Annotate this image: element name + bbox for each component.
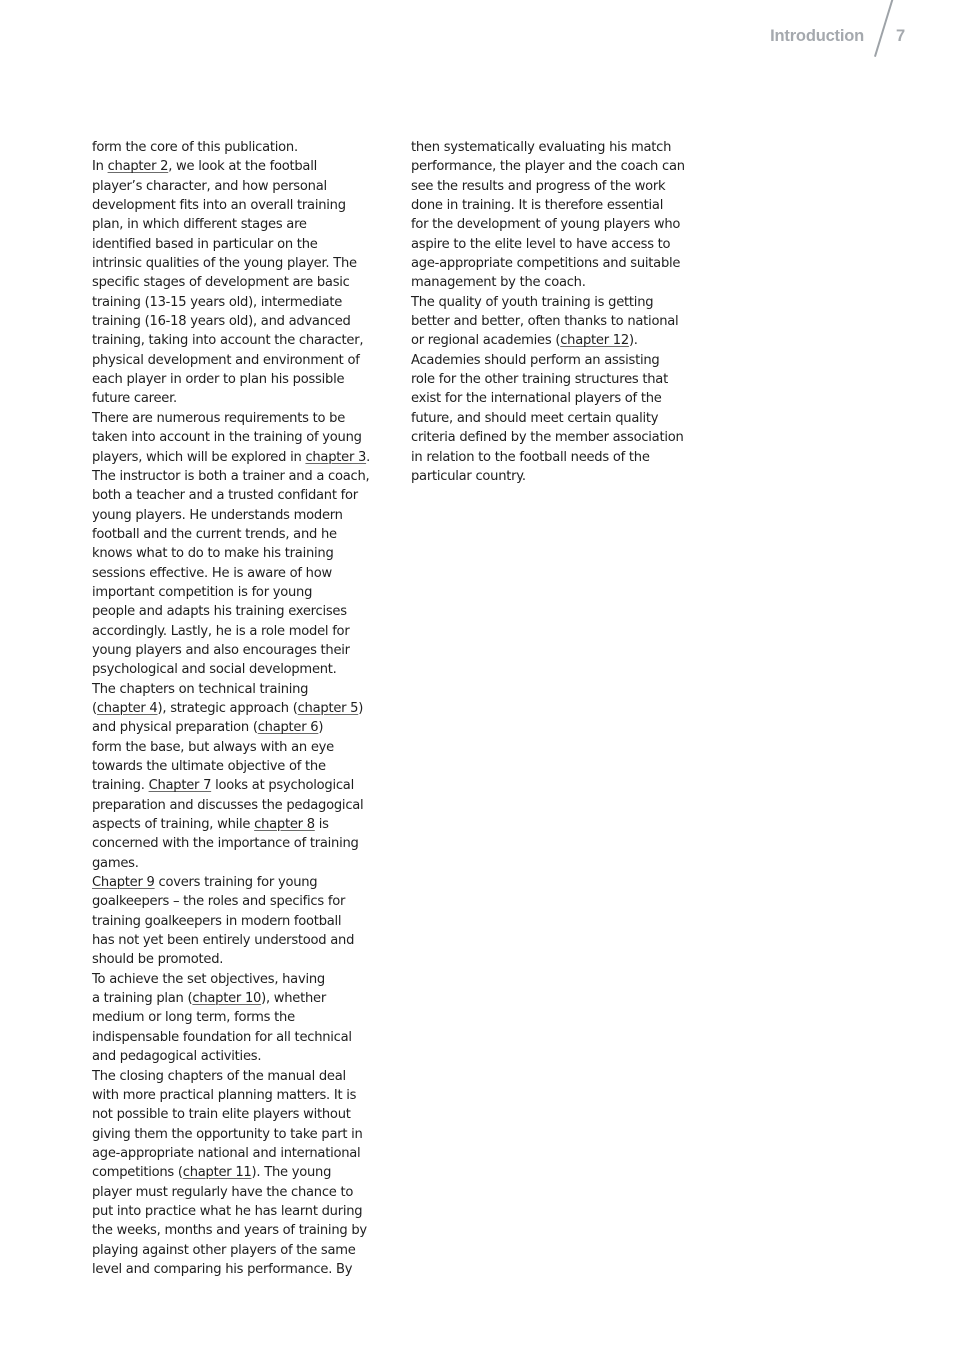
text-run: form the core of this publication. (92, 140, 298, 155)
right-text-column: then systematically evaluating his match… (411, 138, 711, 486)
text-line: and pedagogical activities. (92, 1047, 392, 1066)
text-line: football and the current trends, and he (92, 525, 392, 544)
text-line: competitions (chapter 11). The young (92, 1163, 392, 1182)
text-line: role for the other training structures t… (411, 370, 711, 389)
text-run: competitions ( (92, 1165, 183, 1180)
text-run: The quality of youth training is getting (411, 295, 653, 310)
text-line: There are numerous requirements to be (92, 409, 392, 428)
text-line: giving them the opportunity to take part… (92, 1125, 392, 1144)
text-run: football and the current trends, and he (92, 527, 337, 542)
text-line: preparation and discusses the pedagogica… (92, 796, 392, 815)
text-run: Academies should perform an assisting (411, 353, 659, 368)
chapter-link[interactable]: chapter 2 (108, 159, 169, 174)
text-run: role for the other training structures t… (411, 372, 668, 387)
text-line: then systematically evaluating his match (411, 138, 711, 157)
text-run: the weeks, months and years of training … (92, 1223, 367, 1238)
text-run: for the development of young players who (411, 217, 680, 232)
text-line: done in training. It is therefore essent… (411, 196, 711, 215)
text-line: sessions effective. He is aware of how (92, 564, 392, 583)
text-line: future, and should meet certain quality (411, 409, 711, 428)
text-run: and physical preparation ( (92, 720, 258, 735)
text-run: criteria defined by the member associati… (411, 430, 684, 445)
text-line: management by the coach. (411, 273, 711, 292)
text-run: ) (358, 701, 363, 716)
text-run: concerned with the importance of trainin… (92, 836, 359, 851)
text-run: player’s character, and how personal (92, 179, 327, 194)
text-run: playing against other players of the sam… (92, 1243, 356, 1258)
text-line: games. (92, 854, 392, 873)
text-run: In (92, 159, 108, 174)
chapter-link[interactable]: chapter 8 (254, 817, 315, 832)
text-line: players, which will be explored in chapt… (92, 448, 392, 467)
text-line: important competition is for young (92, 583, 392, 602)
text-run: identified based in particular on the (92, 237, 318, 252)
text-run: young players. He understands modern (92, 508, 343, 523)
text-line: player’s character, and how personal (92, 177, 392, 196)
text-run: particular country. (411, 469, 526, 484)
text-line: form the core of this publication. (92, 138, 392, 157)
text-line: specific stages of development are basic (92, 273, 392, 292)
text-run: a training plan ( (92, 991, 192, 1006)
text-line: age-appropriate national and internation… (92, 1144, 392, 1163)
text-run: accordingly. Lastly, he is a role model … (92, 624, 349, 639)
text-run: future, and should meet certain quality (411, 411, 658, 426)
text-run: aspects of training, while (92, 817, 254, 832)
text-line: and physical preparation (chapter 6) (92, 718, 392, 737)
text-run: training. (92, 778, 149, 793)
text-run: ), strategic approach ( (158, 701, 298, 716)
text-run: level and comparing his performance. By (92, 1262, 352, 1277)
text-run: in relation to the football needs of the (411, 450, 650, 465)
text-run: age-appropriate competitions and suitabl… (411, 256, 680, 271)
text-run: . (366, 450, 370, 465)
text-run: psychological and social development. (92, 662, 337, 677)
text-run: exist for the international players of t… (411, 391, 662, 406)
text-line: concerned with the importance of trainin… (92, 834, 392, 853)
text-line: towards the ultimate objective of the (92, 757, 392, 776)
text-line: with more practical planning matters. It… (92, 1086, 392, 1105)
text-run: training goalkeepers in modern football (92, 914, 341, 929)
text-line: indispensable foundation for all technic… (92, 1028, 392, 1047)
text-run: plan, in which different stages are (92, 217, 307, 232)
text-line: age-appropriate competitions and suitabl… (411, 254, 711, 273)
text-run: , we look at the football (168, 159, 317, 174)
text-line: development fits into an overall trainin… (92, 196, 392, 215)
text-run: training (16-18 years old), and advanced (92, 314, 351, 329)
running-header: Introduction 7 (0, 0, 959, 60)
text-run: age-appropriate national and internation… (92, 1146, 360, 1161)
text-line: young players. He understands modern (92, 506, 392, 525)
text-run: development fits into an overall trainin… (92, 198, 346, 213)
text-run: with more practical planning matters. It… (92, 1088, 356, 1103)
text-run: each player in order to plan his possibl… (92, 372, 344, 387)
text-line: (chapter 4), strategic approach (chapter… (92, 699, 392, 718)
text-run: sessions effective. He is aware of how (92, 566, 332, 581)
text-line: young players and also encourages their (92, 641, 392, 660)
text-run: looks at psychological (211, 778, 354, 793)
text-line: both a teacher and a trusted confidant f… (92, 486, 392, 505)
text-line: for the development of young players who (411, 215, 711, 234)
text-line: not possible to train elite players with… (92, 1105, 392, 1124)
text-line: training (13-15 years old), intermediate (92, 293, 392, 312)
text-run: ). The young (252, 1165, 332, 1180)
text-run: people and adapts his training exercises (92, 604, 347, 619)
left-text-column: form the core of this publication.In cha… (92, 138, 392, 1279)
text-line: The instructor is both a trainer and a c… (92, 467, 392, 486)
text-run: or regional academies ( (411, 333, 560, 348)
text-run: giving them the opportunity to take part… (92, 1127, 363, 1142)
text-line: future career. (92, 389, 392, 408)
text-line: better and better, often thanks to natio… (411, 312, 711, 331)
text-run: see the results and progress of the work (411, 179, 665, 194)
text-line: in relation to the football needs of the (411, 448, 711, 467)
text-run: future career. (92, 391, 177, 406)
text-run: aspire to the elite level to have access… (411, 237, 670, 252)
text-line: has not yet been entirely understood and (92, 931, 392, 950)
text-run: specific stages of development are basic (92, 275, 350, 290)
text-run: has not yet been entirely understood and (92, 933, 354, 948)
text-line: medium or long term, forms the (92, 1008, 392, 1027)
text-line: To achieve the set objectives, having (92, 970, 392, 989)
text-run: taken into account in the training of yo… (92, 430, 362, 445)
text-run: ). (629, 333, 638, 348)
text-line: see the results and progress of the work (411, 177, 711, 196)
text-line: Chapter 9 covers training for young (92, 873, 392, 892)
chapter-link[interactable]: Chapter 7 (149, 778, 212, 793)
text-run: done in training. It is therefore essent… (411, 198, 663, 213)
text-line: knows what to do to make his training (92, 544, 392, 563)
text-run: The instructor is both a trainer and a c… (92, 469, 369, 484)
chapter-link[interactable]: chapter 11 (183, 1165, 252, 1180)
text-run: performance, the player and the coach ca… (411, 159, 685, 174)
text-run: games. (92, 856, 139, 871)
text-run: player must regularly have the chance to (92, 1185, 353, 1200)
section-title: Introduction (770, 27, 864, 46)
text-run: training, taking into account the charac… (92, 333, 363, 348)
chapter-link[interactable]: chapter 6 (258, 720, 319, 735)
chapter-link[interactable]: chapter 5 (298, 701, 359, 716)
text-line: In chapter 2, we look at the football (92, 157, 392, 176)
text-line: physical development and environment of (92, 351, 392, 370)
text-line: The chapters on technical training (92, 680, 392, 699)
text-line: training, taking into account the charac… (92, 331, 392, 350)
text-line: player must regularly have the chance to (92, 1183, 392, 1202)
text-run: knows what to do to make his training (92, 546, 334, 561)
text-line: playing against other players of the sam… (92, 1241, 392, 1260)
text-run: The chapters on technical training (92, 682, 308, 697)
text-run: players, which will be explored in (92, 450, 305, 465)
text-line: plan, in which different stages are (92, 215, 392, 234)
text-line: taken into account in the training of yo… (92, 428, 392, 447)
text-line: the weeks, months and years of training … (92, 1221, 392, 1240)
text-run: The closing chapters of the manual deal (92, 1069, 346, 1084)
text-line: aspects of training, while chapter 8 is (92, 815, 392, 834)
text-line: a training plan (chapter 10), whether (92, 989, 392, 1008)
text-line: training. Chapter 7 looks at psychologic… (92, 776, 392, 795)
text-line: people and adapts his training exercises (92, 602, 392, 621)
text-line: goalkeepers – the roles and specifics fo… (92, 892, 392, 911)
text-line: The closing chapters of the manual deal (92, 1067, 392, 1086)
text-run: ), whether (261, 991, 326, 1006)
chapter-link[interactable]: Chapter 9 (92, 875, 155, 890)
text-line: performance, the player and the coach ca… (411, 157, 711, 176)
text-run: There are numerous requirements to be (92, 411, 345, 426)
text-run: ) (318, 720, 323, 735)
text-line: or regional academies (chapter 12). (411, 331, 711, 350)
text-run: preparation and discusses the pedagogica… (92, 798, 363, 813)
text-run: training (13-15 years old), intermediate (92, 295, 342, 310)
text-line: aspire to the elite level to have access… (411, 235, 711, 254)
text-line: accordingly. Lastly, he is a role model … (92, 622, 392, 641)
text-line: put into practice what he has learnt dur… (92, 1202, 392, 1221)
text-line: identified based in particular on the (92, 235, 392, 254)
text-run: both a teacher and a trusted confidant f… (92, 488, 358, 503)
text-run: form the base, but always with an eye (92, 740, 334, 755)
text-line: training goalkeepers in modern football (92, 912, 392, 931)
text-line: each player in order to plan his possibl… (92, 370, 392, 389)
text-run: management by the coach. (411, 275, 586, 290)
text-line: form the base, but always with an eye (92, 738, 392, 757)
text-run: not possible to train elite players with… (92, 1107, 351, 1122)
text-line: The quality of youth training is getting (411, 293, 711, 312)
text-run: goalkeepers – the roles and specifics fo… (92, 894, 345, 909)
text-run: indispensable foundation for all technic… (92, 1030, 352, 1045)
text-run: should be promoted. (92, 952, 223, 967)
text-line: intrinsic qualities of the young player.… (92, 254, 392, 273)
text-line: Academies should perform an assisting (411, 351, 711, 370)
text-run: medium or long term, forms the (92, 1010, 295, 1025)
header-divider-slash (874, 0, 894, 57)
chapter-link[interactable]: chapter 4 (97, 701, 158, 716)
text-run: is (315, 817, 329, 832)
text-run: intrinsic qualities of the young player.… (92, 256, 357, 271)
text-line: training (16-18 years old), and advanced (92, 312, 392, 331)
text-line: criteria defined by the member associati… (411, 428, 711, 447)
text-line: level and comparing his performance. By (92, 1260, 392, 1279)
text-run: and pedagogical activities. (92, 1049, 261, 1064)
text-run: young players and also encourages their (92, 643, 350, 658)
text-run: better and better, often thanks to natio… (411, 314, 678, 329)
text-line: psychological and social development. (92, 660, 392, 679)
text-run: towards the ultimate objective of the (92, 759, 326, 774)
text-run: covers training for young (155, 875, 318, 890)
chapter-link[interactable]: chapter 3 (305, 450, 366, 465)
page-number: 7 (896, 27, 905, 46)
text-run: physical development and environment of (92, 353, 360, 368)
chapter-link[interactable]: chapter 10 (192, 991, 261, 1006)
text-line: should be promoted. (92, 950, 392, 969)
text-run: put into practice what he has learnt dur… (92, 1204, 362, 1219)
text-line: particular country. (411, 467, 711, 486)
text-run: then systematically evaluating his match (411, 140, 671, 155)
chapter-link[interactable]: chapter 12 (560, 333, 629, 348)
text-run: To achieve the set objectives, having (92, 972, 325, 987)
text-line: exist for the international players of t… (411, 389, 711, 408)
text-run: important competition is for young (92, 585, 312, 600)
